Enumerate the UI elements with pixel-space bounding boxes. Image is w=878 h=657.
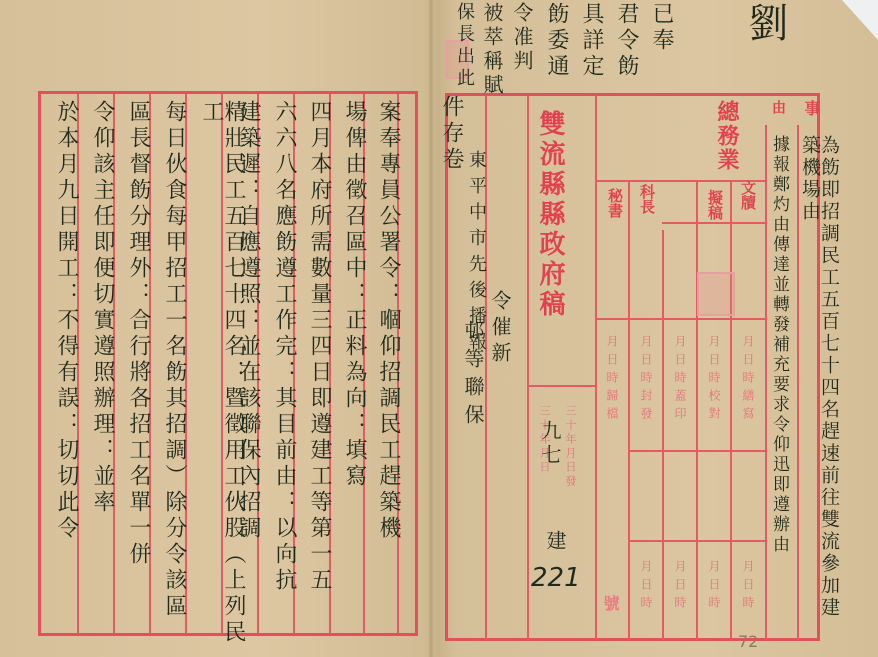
annotation-top: 已奉 bbox=[650, 2, 672, 54]
annotation-side: 東平中市先後播報 bbox=[467, 150, 485, 358]
schedule-cell: 月日時 bbox=[706, 560, 723, 614]
schedule-cell: 月日時校對 bbox=[706, 335, 723, 425]
page-number: 72 bbox=[738, 632, 758, 651]
form-rule bbox=[628, 450, 765, 452]
left-column-2: 場俾由徵召區中：正料為向：填寫 bbox=[343, 100, 365, 490]
draft-addressee: 令催新 bbox=[490, 290, 510, 368]
form-rule bbox=[595, 318, 765, 320]
annotation-top: 飭委通 bbox=[545, 2, 567, 80]
category-label: 總務業 bbox=[712, 100, 743, 172]
file-code: 建 bbox=[545, 530, 565, 554]
signature: 劉 bbox=[745, 2, 785, 46]
schedule-cell: 月日時封發 bbox=[638, 335, 655, 425]
schedule-cell: 月日時蓋印 bbox=[672, 335, 689, 425]
form-rule bbox=[662, 222, 765, 224]
drafter-label: 擬稿 bbox=[705, 190, 726, 220]
section-chief-label: 科長 bbox=[637, 184, 658, 214]
annotation-top: 具詳定 bbox=[580, 2, 602, 80]
handwritten-date: 九七 bbox=[540, 420, 560, 468]
file-number: 221 bbox=[531, 563, 581, 593]
schedule-cell: 月日時繕寫 bbox=[740, 335, 757, 425]
form-rule bbox=[730, 180, 732, 640]
annotation-side: 件存卷 bbox=[440, 95, 462, 173]
left-column-7: 每日伙食每甲招工一名飭其招調）除分令該區 bbox=[163, 100, 185, 620]
form-title-text: 雙流縣縣政府稿 bbox=[532, 110, 569, 320]
seal-stamp bbox=[697, 272, 735, 316]
schedule-cell: 月日時 bbox=[740, 560, 757, 614]
annotation-top: 令准判 bbox=[512, 2, 532, 74]
annotation-top: 保長出此 bbox=[455, 2, 473, 90]
clerk-label: 文牘 bbox=[738, 180, 759, 210]
left-column-6: 精壯民工五百七十四名：暨徵用工伙股（上列民工 bbox=[200, 100, 244, 657]
left-column-1: 案奉專員公署令：嗰仰招調民工趕築機 bbox=[377, 100, 399, 542]
left-column-10: 於本月九日開工：不得有誤：切切此令 bbox=[55, 100, 77, 542]
form-rule bbox=[696, 180, 698, 640]
schedule-cell: 月日時 bbox=[672, 560, 689, 614]
left-column-4: 六六八名應飭遵工作完：其目前由：以向抗 bbox=[273, 100, 295, 594]
secretary-label: 秘書 bbox=[605, 188, 626, 218]
left-column-3: 四月本府所需數量三四日即遵建工等第一五 bbox=[308, 100, 330, 594]
form-rule bbox=[595, 95, 597, 640]
schedule-cell: 月日時歸檔 bbox=[604, 335, 621, 425]
form-rule bbox=[765, 125, 767, 640]
left-column-9: 令仰該主任即便切實遵照辦理：並率 bbox=[91, 100, 113, 516]
center-fold bbox=[428, 0, 434, 657]
subject-header: 事 bbox=[800, 100, 823, 116]
form-rule bbox=[527, 95, 529, 640]
number-suffix: 號 bbox=[599, 595, 622, 611]
form-rule bbox=[662, 230, 664, 640]
schedule-cell: 月日時 bbox=[638, 560, 655, 614]
annotation-top: 君令飭 bbox=[615, 2, 637, 80]
left-column-8: 區長督飭分理外：合行將各招工名單一併 bbox=[127, 100, 149, 568]
form-rule bbox=[529, 385, 595, 387]
form-rule bbox=[628, 540, 765, 542]
reason-header: 由 bbox=[768, 100, 788, 114]
date-cell: 三十年月日發 bbox=[562, 405, 578, 489]
handwritten-subject: 為飭即招調民工五百七十四名趕速前往雙流參加建築機場由 bbox=[800, 135, 838, 635]
form-rule bbox=[628, 180, 630, 640]
annotation-top: 被萃稱賦 bbox=[482, 2, 502, 98]
handwritten-reason: 據報鄭灼由傳達並轉發補充要求令仰迅即遵辦由 bbox=[770, 135, 787, 635]
